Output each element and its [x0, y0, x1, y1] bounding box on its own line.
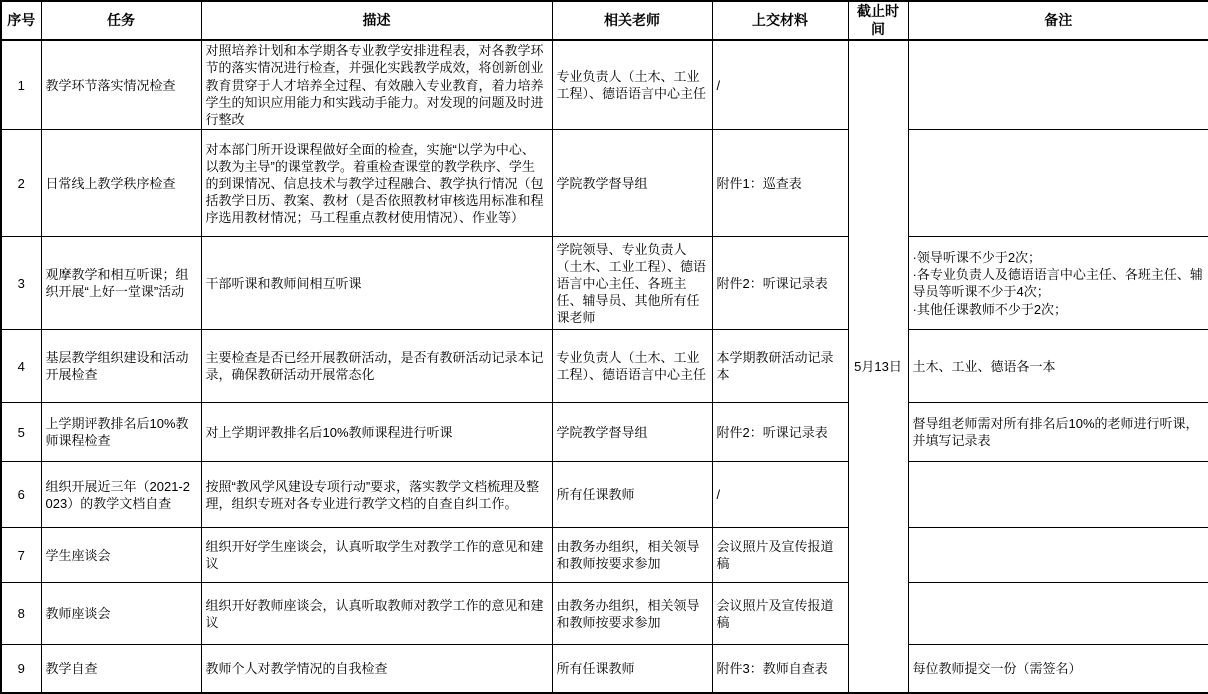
cell-desc: 对本部门所开设课程做好全面的检查，实施“以学为中心、以教为主导”的课堂教学。着重… — [201, 130, 552, 237]
cell-no: 3 — [1, 237, 41, 330]
cell-task: 日常线上教学秩序检查 — [41, 130, 201, 237]
cell-desc: 教师个人对教学情况的自我检查 — [201, 645, 552, 693]
cell-teachers: 由教务办组织，相关领导和教师按要求参加 — [552, 583, 712, 645]
table-row: 8 教师座谈会 组织开好教师座谈会，认真听取教师对教学工作的意见和建议 由教务办… — [1, 583, 1208, 645]
teaching-inspection-table: 序号 任务 描述 相关老师 上交材料 截止时间 备注 1 教学环节落实情况检查 … — [0, 0, 1208, 694]
cell-deadline: 5月13日 — [848, 40, 908, 693]
cell-teachers: 专业负责人（土木、工业工程）、德语语言中心主任 — [552, 40, 712, 130]
cell-task: 教学自查 — [41, 645, 201, 693]
cell-desc: 对上学期评教排名后10%教师课程进行听课 — [201, 403, 552, 462]
cell-teachers: 学院领导、专业负责人（土木、工业工程）、德语语言中心主任、各班主任、辅导员、其他… — [552, 237, 712, 330]
header-desc: 描述 — [201, 1, 552, 40]
cell-no: 1 — [1, 40, 41, 130]
cell-materials: 会议照片及宣传报道稿 — [712, 528, 848, 583]
cell-no: 5 — [1, 403, 41, 462]
header-no: 序号 — [1, 1, 41, 40]
cell-notes: ·领导听课不少于2次； ·各专业负责人及德语语言中心主任、各班主任、辅导员等听课… — [908, 237, 1208, 330]
cell-notes — [908, 583, 1208, 645]
cell-no: 2 — [1, 130, 41, 237]
cell-materials: / — [712, 40, 848, 130]
cell-desc: 组织开好教师座谈会，认真听取教师对教学工作的意见和建议 — [201, 583, 552, 645]
header-deadline: 截止时间 — [848, 1, 908, 40]
cell-teachers: 专业负责人（土木、工业工程）、德语语言中心主任 — [552, 330, 712, 403]
header-materials: 上交材料 — [712, 1, 848, 40]
cell-materials: 本学期教研活动记录本 — [712, 330, 848, 403]
table-row: 2 日常线上教学秩序检查 对本部门所开设课程做好全面的检查，实施“以学为中心、以… — [1, 130, 1208, 237]
cell-task: 组织开展近三年（2021-2023）的教学文档自查 — [41, 462, 201, 528]
table-row: 5 上学期评教排名后10%教师课程检查 对上学期评教排名后10%教师课程进行听课… — [1, 403, 1208, 462]
cell-desc: 干部听课和教师间相互听课 — [201, 237, 552, 330]
cell-no: 8 — [1, 583, 41, 645]
cell-notes: 每位教师提交一份（需签名） — [908, 645, 1208, 693]
cell-task: 上学期评教排名后10%教师课程检查 — [41, 403, 201, 462]
cell-materials: 附件1：巡查表 — [712, 130, 848, 237]
cell-no: 4 — [1, 330, 41, 403]
header-row: 序号 任务 描述 相关老师 上交材料 截止时间 备注 — [1, 1, 1208, 40]
cell-task: 教学环节落实情况检查 — [41, 40, 201, 130]
cell-notes — [908, 528, 1208, 583]
header-task: 任务 — [41, 1, 201, 40]
table-row: 4 基层教学组织建设和活动开展检查 主要检查是否已经开展教研活动，是否有教研活动… — [1, 330, 1208, 403]
cell-materials: / — [712, 462, 848, 528]
cell-teachers: 学院教学督导组 — [552, 403, 712, 462]
table-row: 9 教学自查 教师个人对教学情况的自我检查 所有任课教师 附件3：教师自查表 每… — [1, 645, 1208, 693]
cell-materials: 附件2：听课记录表 — [712, 237, 848, 330]
cell-teachers: 所有任课教师 — [552, 462, 712, 528]
cell-notes — [908, 462, 1208, 528]
cell-desc: 主要检查是否已经开展教研活动，是否有教研活动记录本记录，确保教研活动开展常态化 — [201, 330, 552, 403]
header-notes: 备注 — [908, 1, 1208, 40]
cell-no: 7 — [1, 528, 41, 583]
cell-no: 6 — [1, 462, 41, 528]
cell-notes: 督导组老师需对所有排名后10%的老师进行听课，并填写记录表 — [908, 403, 1208, 462]
cell-task: 学生座谈会 — [41, 528, 201, 583]
cell-notes — [908, 40, 1208, 130]
cell-task: 观摩教学和相互听课；组织开展“上好一堂课”活动 — [41, 237, 201, 330]
header-teachers: 相关老师 — [552, 1, 712, 40]
cell-teachers: 由教务办组织，相关领导和教师按要求参加 — [552, 528, 712, 583]
cell-materials: 附件2：听课记录表 — [712, 403, 848, 462]
table-row: 7 学生座谈会 组织开好学生座谈会，认真听取学生对教学工作的意见和建议 由教务办… — [1, 528, 1208, 583]
cell-teachers: 学院教学督导组 — [552, 130, 712, 237]
table-row: 1 教学环节落实情况检查 对照培养计划和本学期各专业教学安排进程表，对各教学环节… — [1, 40, 1208, 130]
cell-desc: 对照培养计划和本学期各专业教学安排进程表，对各教学环节的落实情况进行检查，并强化… — [201, 40, 552, 130]
table-row: 6 组织开展近三年（2021-2023）的教学文档自查 按照“教风学风建设专项行… — [1, 462, 1208, 528]
cell-notes: 土木、工业、德语各一本 — [908, 330, 1208, 403]
table-row: 3 观摩教学和相互听课；组织开展“上好一堂课”活动 干部听课和教师间相互听课 学… — [1, 237, 1208, 330]
cell-task: 教师座谈会 — [41, 583, 201, 645]
cell-materials: 附件3：教师自查表 — [712, 645, 848, 693]
cell-notes — [908, 130, 1208, 237]
cell-materials: 会议照片及宣传报道稿 — [712, 583, 848, 645]
cell-no: 9 — [1, 645, 41, 693]
cell-desc: 组织开好学生座谈会，认真听取学生对教学工作的意见和建议 — [201, 528, 552, 583]
cell-desc: 按照“教风学风建设专项行动”要求，落实教学文档梳理及整理，组织专班对各专业进行教… — [201, 462, 552, 528]
cell-task: 基层教学组织建设和活动开展检查 — [41, 330, 201, 403]
cell-teachers: 所有任课教师 — [552, 645, 712, 693]
